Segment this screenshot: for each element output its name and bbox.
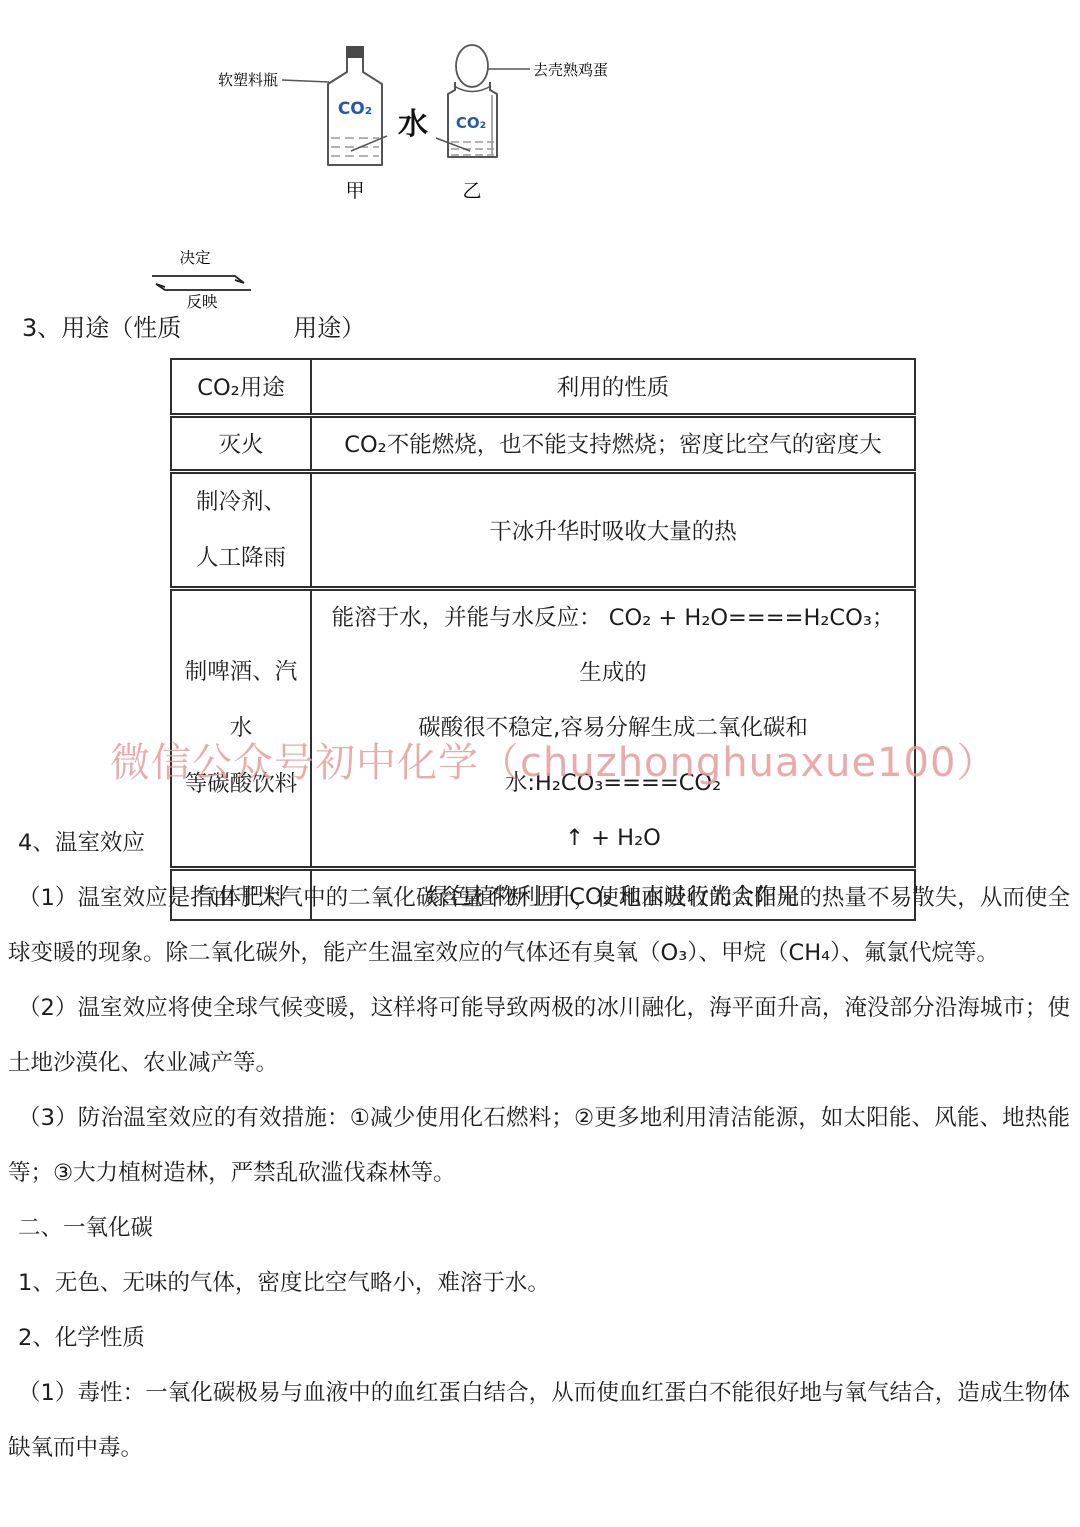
use-cell: 灭火: [178, 427, 304, 459]
soft-plastic-bottle-icon: CO₂: [328, 46, 382, 165]
property-cell: CO₂不能燃烧，也不能支持燃烧；密度比空气的密度大: [318, 427, 908, 459]
caption-jia: 甲: [345, 180, 364, 202]
use-cell-line: 人工降雨: [178, 530, 304, 586]
use-cell-line: 制冷剂、: [178, 474, 304, 530]
paragraph-co-toxicity: （1）毒性：一氧化碳极易与血液中的血红蛋白结合，从而使血红蛋白不能很好地与氧气结…: [8, 1366, 1070, 1476]
egg-annotation: 去壳熟鸡蛋: [533, 61, 608, 79]
heading-carbon-monoxide: 二、一氧化碳: [8, 1201, 1070, 1256]
bottle-annotation: 软塑料瓶: [218, 71, 278, 89]
section-3-suffix: 用途）: [293, 308, 365, 343]
notes-body: 4、温室效应 （1）温室效应是指由于大气中的二氧化碳含量不断上升，使地面吸收的太…: [8, 816, 1070, 1476]
forward-label: 决定: [179, 249, 210, 267]
decide-reflect-arrows: 决定 反映: [138, 246, 268, 310]
water-dashes-icon: [331, 138, 379, 156]
left-arrow-icon: [156, 284, 251, 290]
caption-yi: 乙: [462, 180, 481, 202]
paragraph-greenhouse-2: （2）温室效应将使全球气候变暖，这样将可能导致两极的冰川融化，海平面升高，淹没部…: [8, 981, 1070, 1091]
table-header-row: CO₂用途 利用的性质: [171, 359, 915, 415]
heading-co-chemical: 2、化学性质: [8, 1311, 1070, 1366]
right-arrow-icon: [152, 276, 244, 283]
leader-line: [282, 80, 329, 82]
table-row: 灭火 CO₂不能燃烧，也不能支持燃烧；密度比空气的密度大: [171, 415, 915, 471]
egg-bottle-icon: CO₂: [448, 45, 497, 157]
section-3-prefix: 3、用途（性质: [22, 314, 181, 342]
chemistry-notes-page: CO₂ CO₂ 软塑料瓶 去壳熟鸡蛋 水 甲 乙 决定: [0, 0, 1080, 1527]
heading-greenhouse-effect: 4、温室效应: [8, 816, 1070, 871]
paragraph-greenhouse-1: （1）温室效应是指由于大气中的二氧化碳含量不断上升，使地面吸收的太阳光的热量不易…: [8, 871, 1070, 981]
property-cell-line: 能溶于水，并能与水反应： CO₂ + H₂O====H₂CO₃； 生成的: [318, 591, 908, 701]
table-header-use: CO₂用途: [171, 359, 311, 415]
gas-label-right: CO₂: [456, 114, 486, 132]
table-row: 制冷剂、 人工降雨 干冰升华时吸收大量的热: [171, 471, 915, 588]
co2-experiment-figure: CO₂ CO₂ 软塑料瓶 去壳熟鸡蛋 水 甲 乙: [150, 38, 650, 208]
paragraph-co-physical: 1、无色、无味的气体，密度比空气略小，难溶于水。: [8, 1256, 1070, 1311]
use-cell-line: 制啤酒、汽水: [178, 644, 304, 756]
property-cell: 干冰升华时吸收大量的热: [318, 514, 908, 546]
gas-label-left: CO₂: [338, 99, 372, 119]
water-label: 水: [398, 107, 428, 142]
water-dashes-icon: [451, 142, 494, 155]
table-header-property: 利用的性质: [311, 359, 915, 415]
section-3-uses-heading: 3、用途（性质用途）: [22, 308, 365, 343]
paragraph-greenhouse-3: （3）防治温室效应的有效措施：①减少使用化石燃料；②更多地利用清洁能源，如太阳能…: [8, 1091, 1070, 1201]
use-cell-line: 等碳酸饮料: [178, 756, 304, 812]
property-cell-line: 碳酸很不稳定,容易分解生成二氧化碳和水:H₂CO₃====CO₂: [318, 701, 908, 811]
